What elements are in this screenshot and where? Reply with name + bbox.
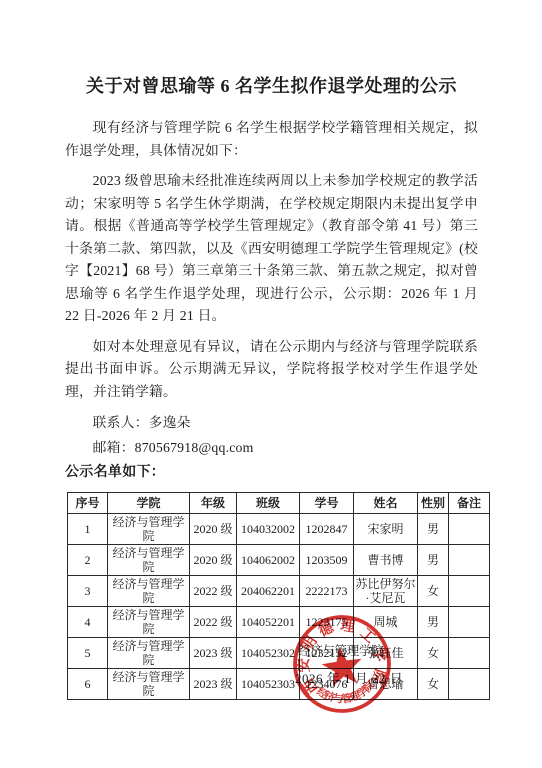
table-row: 1经济与管理学院2020 级1040320021202847宋家明男 xyxy=(68,513,490,544)
table-header-row: 序号学院年级班级学号姓名性别备注 xyxy=(68,492,490,513)
table-row: 6经济与管理学院2023 级1040523031234076曾思瑜女 xyxy=(68,668,490,699)
table-cell: 经济与管理学院 xyxy=(108,606,190,637)
table-cell xyxy=(449,637,490,668)
table-cell: 2020 级 xyxy=(190,544,237,575)
column-header: 学号 xyxy=(300,492,354,513)
list-intro: 公示名单如下： xyxy=(65,461,478,486)
table-cell: 104062002 xyxy=(237,544,300,575)
table-cell: 经济与管理学院 xyxy=(108,513,190,544)
column-header: 姓名 xyxy=(354,492,418,513)
table-cell: 曹书博 xyxy=(354,544,418,575)
seal-inner-text: 经济与管理学院 xyxy=(313,677,379,710)
column-header: 班级 xyxy=(237,492,300,513)
table-cell: 2022 级 xyxy=(190,606,237,637)
table-cell: 1202847 xyxy=(300,513,354,544)
column-header: 学院 xyxy=(108,492,190,513)
table-cell: 宋家明 xyxy=(354,513,418,544)
table-cell: 204062201 xyxy=(237,575,300,606)
table-cell: 1203509 xyxy=(300,544,354,575)
table-cell: 104032002 xyxy=(237,513,300,544)
table-cell: 3 xyxy=(68,575,108,606)
column-header: 序号 xyxy=(68,492,108,513)
seal-star-icon xyxy=(320,644,365,687)
table-cell: 6 xyxy=(68,668,108,699)
table-cell: 经济与管理学院 xyxy=(108,637,190,668)
contact-label: 联系人： xyxy=(93,415,149,430)
document-body: 现有经济与管理学院 6 名学生根据学校学籍管理相关规定，拟作退学处理，具体情况如… xyxy=(65,117,478,403)
body-paragraph: 现有经济与管理学院 6 名学生根据学校学籍管理相关规定，拟作退学处理，具体情况如… xyxy=(65,117,478,162)
seal-character: 理 xyxy=(339,617,356,636)
official-seal-stamp: 西安明德理工学院 经济与管理学院 xyxy=(290,612,394,716)
email-line: 邮箱：870567918@qq.com xyxy=(65,436,478,461)
table-cell: 苏比伊努尔·艾尼瓦 xyxy=(354,575,418,606)
table-cell: 2020 级 xyxy=(190,513,237,544)
column-header: 备注 xyxy=(449,492,490,513)
table-cell xyxy=(449,668,490,699)
table-cell: 男 xyxy=(418,544,449,575)
table-cell: 女 xyxy=(418,575,449,606)
student-roster-table: 序号学院年级班级学号姓名性别备注 1经济与管理学院2020 级104032002… xyxy=(67,492,490,700)
table-cell: 女 xyxy=(418,668,449,699)
document-page: 关于对曾思瑜等 6 名学生拟作退学处理的公示 现有经济与管理学院 6 名学生根据… xyxy=(0,0,542,768)
table-cell: 经济与管理学院 xyxy=(108,544,190,575)
table-cell: 4 xyxy=(68,606,108,637)
document-title: 关于对曾思瑜等 6 名学生拟作退学处理的公示 xyxy=(65,73,478,100)
contact-line: 联系人：多逸朵 xyxy=(65,411,478,436)
table-row: 4经济与管理学院2022 级1040522011223175周城男 xyxy=(68,606,490,637)
table-cell: 男 xyxy=(418,606,449,637)
table-cell: 经济与管理学院 xyxy=(108,668,190,699)
table-cell: 2023 级 xyxy=(190,668,237,699)
document-content: 关于对曾思瑜等 6 名学生拟作退学处理的公示 现有经济与管理学院 6 名学生根据… xyxy=(65,0,478,700)
table-row: 2经济与管理学院2020 级1040620021203509曹书博男 xyxy=(68,544,490,575)
table-cell: 女 xyxy=(418,637,449,668)
table-cell xyxy=(449,606,490,637)
email-label: 邮箱： xyxy=(93,440,135,455)
seal-character: 安 xyxy=(294,657,312,672)
table-cell xyxy=(449,513,490,544)
table-cell: 1 xyxy=(68,513,108,544)
email-address: 870567918@qq.com xyxy=(135,440,254,455)
column-header: 性别 xyxy=(418,492,449,513)
table-cell xyxy=(449,575,490,606)
table-cell: 5 xyxy=(68,637,108,668)
table-cell: 2 xyxy=(68,544,108,575)
column-header: 年级 xyxy=(190,492,237,513)
contact-name: 多逸朵 xyxy=(149,415,191,430)
table-cell: 2222173 xyxy=(300,575,354,606)
table-cell xyxy=(449,544,490,575)
table-row: 3经济与管理学院2022 级2040622012222173苏比伊努尔·艾尼瓦女 xyxy=(68,575,490,606)
table-cell: 经济与管理学院 xyxy=(108,575,190,606)
seal-character: 德 xyxy=(316,617,337,640)
body-paragraph: 2023 级曾思瑜未经批准连续两周以上未参加学校规定的教学活动；宋家明等 5 名… xyxy=(65,170,478,328)
table-cell: 男 xyxy=(418,513,449,544)
table-cell: 2023 级 xyxy=(190,637,237,668)
table-row: 5经济与管理学院2023 级1040523021232152张钰佳女 xyxy=(68,637,490,668)
table-cell: 2022 级 xyxy=(190,575,237,606)
body-paragraph: 如对本处理意见有异议，请在公示期内与经济与管理学院联系提出书面申诉。公示期满无异… xyxy=(65,336,478,404)
